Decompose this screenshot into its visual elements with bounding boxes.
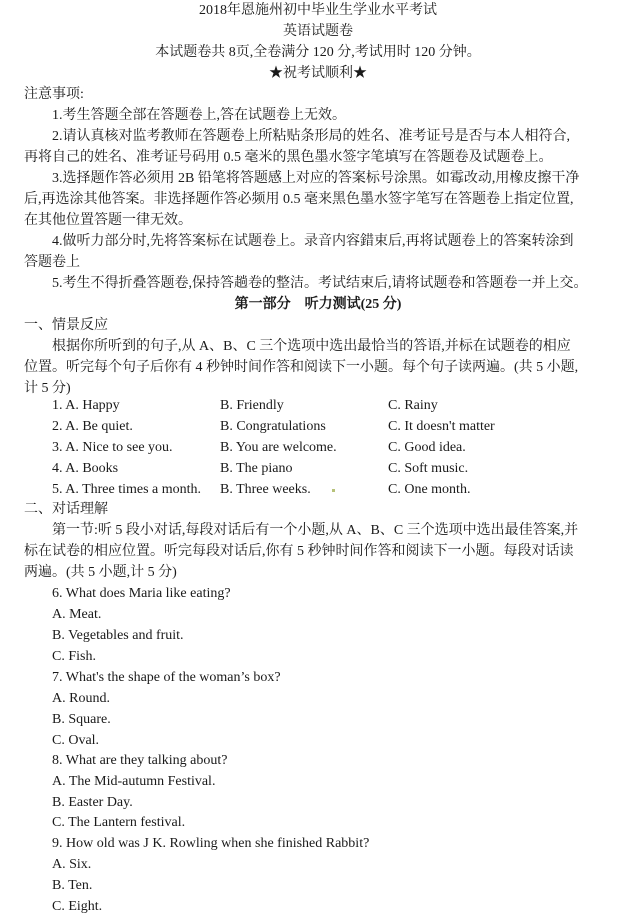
notes-heading: 注意事项: — [24, 85, 84, 105]
scan-artifact-dot — [332, 489, 335, 492]
q6-option-c: C. Fish. — [52, 647, 96, 667]
section2-instruction: 两遍。(共 5 小题,计 5 分) — [24, 563, 177, 583]
q3-option-b: B. You are welcome. — [220, 438, 337, 458]
q7-option-a: A. Round. — [52, 689, 110, 709]
note-line: 3.选择题作答必须用 2B 铅笔将答题感上对应的答案标号涂黑。如霉改动,用橡皮擦… — [52, 169, 579, 189]
note-line: 答题卷上 — [24, 253, 80, 273]
exam-info: 本试题卷共 8页,全卷满分 120 分,考试用时 120 分钟。 — [0, 43, 636, 63]
q7-question: 7. What's the shape of the woman’s box? — [52, 668, 281, 688]
section1-instruction: 位置。听完每个句子后你有 4 秒钟时间作答和阅读下一小题。每个句子读两遍。(共 … — [24, 358, 578, 378]
q6-question: 6. What does Maria like eating? — [52, 584, 231, 604]
q6-option-b: B. Vegetables and fruit. — [52, 626, 184, 646]
note-line: 再将自己的姓名、准考证号码用 0.5 毫米的黑色墨水签字笔填写在答题卷及试题卷上… — [24, 148, 553, 168]
q5-option-c: C. One month. — [388, 480, 470, 500]
q7-option-c: C. Oval. — [52, 731, 99, 751]
note-line: 4.做听力部分时,先将答案标在试题卷上。录音内容錯束后,再将试题卷上的答案转涂到 — [52, 232, 574, 252]
section1-instruction: 根据你所听到的句子,从 A、B、C 三个选项中选出最恰当的答语,并标在试题卷的相… — [52, 337, 571, 357]
q8-option-b: B. Easter Day. — [52, 793, 133, 813]
q1-option-b: B. Friendly — [220, 396, 284, 416]
note-line: 5.考生不得折叠答题卷,保持答趟卷的整洁。考试结束后,请将试题卷和答题卷一并上交… — [52, 274, 588, 294]
exam-page: 2018年恩施州初中毕业生学业水平考试 英语试题卷 本试题卷共 8页,全卷满分 … — [0, 0, 636, 920]
q6-option-a: A. Meat. — [52, 605, 101, 625]
note-line: 后,再选涂其他答案。非选择题作答必频用 0.5 毫来黑色墨水签字笔写在答题卷上指… — [24, 190, 574, 210]
q5-option-a: 5. A. Three times a month. — [52, 480, 201, 500]
q4-option-c: C. Soft music. — [388, 459, 468, 479]
q9-question: 9. How old was J K. Rowling when she fin… — [52, 834, 369, 854]
q1-option-a: 1. A. Happy — [52, 396, 120, 416]
q8-option-c: C. The Lantern festival. — [52, 813, 185, 833]
q8-question: 8. What are they talking about? — [52, 751, 227, 771]
q3-option-c: C. Good idea. — [388, 438, 466, 458]
section1-heading: 一、情景反应 — [24, 316, 108, 336]
section2-instruction: 标在试卷的相应位置。听完每段对话后,你有 5 秒钟时间作答和阅读下一小题。每段对… — [24, 542, 574, 562]
exam-title: 2018年恩施州初中毕业生学业水平考试 — [0, 1, 636, 21]
q5-option-b: B. Three weeks. — [220, 480, 311, 500]
section2-instruction: 第一节:听 5 段小对话,每段对话后有一个小题,从 A、B、C 三个选项中选出最… — [52, 521, 578, 541]
note-line: 在其他位置答题一律无效。 — [24, 211, 192, 231]
q7-option-b: B. Square. — [52, 710, 111, 730]
note-line: 2.请认真核对监考教师在答题卷上所粘贴条形局的姓名、准考证号是否与本人相符合, — [52, 127, 570, 147]
q4-option-a: 4. A. Books — [52, 459, 118, 479]
note-line: 1.考生答题全部在答题卷上,答在试题卷上无效。 — [52, 106, 346, 126]
part1-title: 第一部分 听力测试(25 分) — [0, 295, 636, 315]
q2-option-a: 2. A. Be quiet. — [52, 417, 133, 437]
q4-option-b: B. The piano — [220, 459, 292, 479]
exam-wish: ★祝考试顺利★ — [0, 64, 636, 84]
q2-option-b: B. Congratulations — [220, 417, 326, 437]
q9-option-b: B. Ten. — [52, 876, 92, 896]
q1-option-c: C. Rainy — [388, 396, 438, 416]
q2-option-c: C. It doesn't matter — [388, 417, 495, 437]
q9-option-c: C. Eight. — [52, 897, 102, 917]
q9-option-a: A. Six. — [52, 855, 91, 875]
q8-option-a: A. The Mid-autumn Festival. — [52, 772, 215, 792]
q3-option-a: 3. A. Nice to see you. — [52, 438, 173, 458]
section2-heading: 二、对话理解 — [24, 500, 108, 520]
exam-subtitle: 英语试题卷 — [0, 22, 636, 42]
